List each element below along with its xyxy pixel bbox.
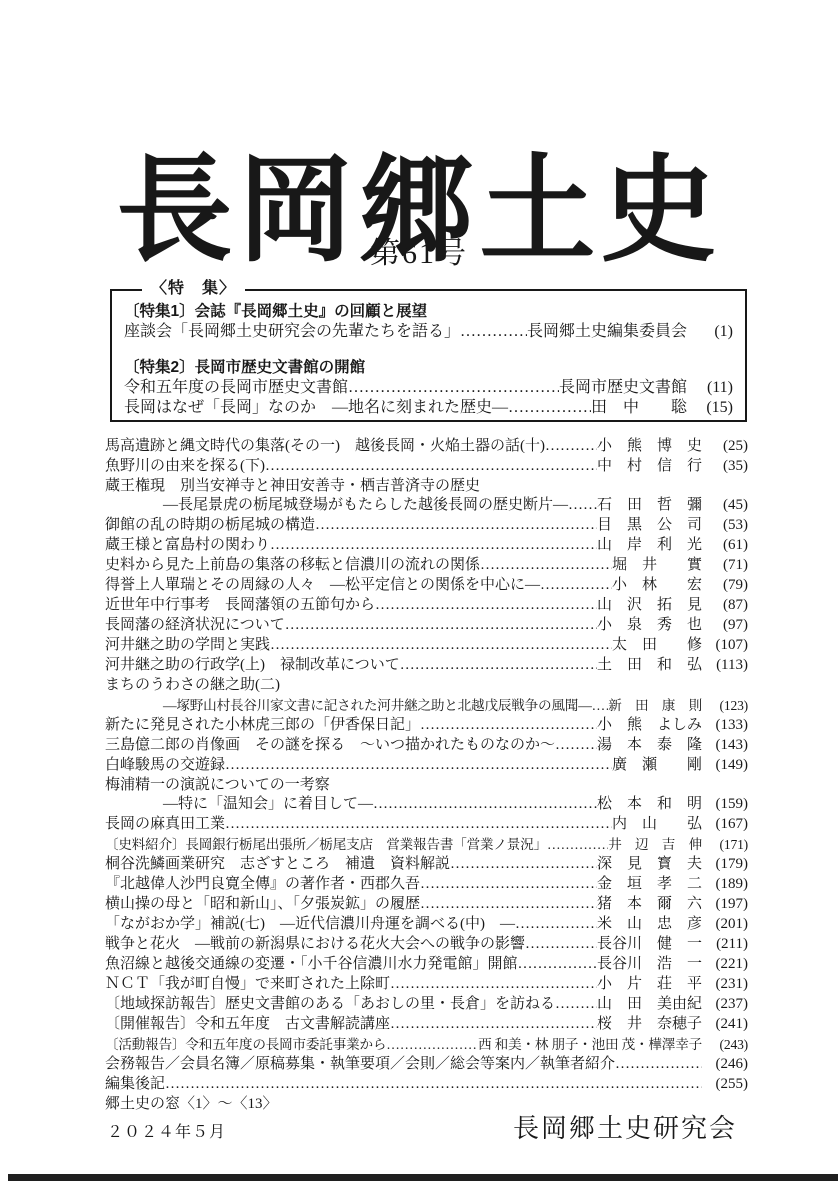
entry-title: ―長尾景虎の栃尾城登場がもたらした越後長岡の歴史断片― [105, 496, 568, 515]
entry-page-number: (237) [702, 995, 748, 1014]
toc-entry-row: 白峰駿馬の交遊録廣 瀬 剛(149) [105, 756, 748, 776]
toc-entry-row: 得誉上人單瑞とその周縁の人々 ―松平定信との関係を中心に―小 林 宏(79) [105, 576, 748, 596]
dot-leader [515, 915, 597, 935]
entry-page-number: (171) [702, 835, 748, 854]
entry-page-number: (61) [702, 536, 748, 555]
toc-entry-row: 『北越偉人沙門良寛全傳』の著作者・西郡久吾金 垣 孝 二(189) [105, 875, 748, 895]
entry-author: 湯 本 泰 隆 [597, 736, 702, 755]
entry-title: 会務報告／会員名簿／原稿募集・執筆要項／会則／総会等案内／執筆者紹介 [105, 1055, 615, 1074]
entry-author: 小 片 荘 平 [597, 975, 702, 994]
toc-entry-row: 馬高遺跡と縄文時代の集落(その一) 越後長岡・火焔土器の話(十)小 熊 博 史(… [105, 437, 748, 457]
entry-author: 石 田 哲 彌 [597, 496, 702, 515]
toc-entry-row: ＮＣＴ「我が町自慢」で来町された上除町小 片 荘 平(231) [105, 975, 748, 995]
entry-page-number: (97) [702, 616, 748, 635]
entry-page-number: (159) [702, 795, 748, 814]
dot-leader [270, 636, 612, 656]
dot-leader [373, 795, 597, 815]
special-feature-section: 〔特集2〕長岡市歴史文書館の開館令和五年度の長岡市歴史文書館長岡市歴史文書館(1… [124, 358, 733, 418]
toc-entry-row: 梅浦精一の演説についての一考察 [105, 776, 748, 795]
dot-leader [390, 1015, 597, 1035]
entry-title: 河井継之助の行政学(上) 禄制改革について [105, 656, 400, 675]
entry-author: 山 田 美由紀 [597, 995, 702, 1014]
entry-title: 「ながおか学」補説(七) ―近代信濃川舟運を調べる(中) ― [105, 915, 515, 934]
entry-author: 猪 本 爾 六 [597, 895, 702, 914]
entry-title: まちのうわさの継之助(二) [105, 676, 280, 695]
entry-title: 梅浦精一の演説についての一考察 [105, 776, 330, 795]
entry-title: ―塚野山村長谷川家文書に記された河井継之助と北越戊辰戦争の風聞― [105, 696, 592, 715]
entry-author: 金 垣 孝 二 [597, 875, 702, 894]
entry-title: 座談会「長岡郷土史研究会の先輩たちを語る」 [124, 322, 460, 342]
dot-leader [555, 995, 597, 1015]
toc-entry-row: 蔵王様と富島村の関わり山 岸 利 光(61) [105, 536, 748, 556]
entry-title: 戦争と花火 ―戦前の新潟県における花火大会への戦争の影響 [105, 935, 525, 954]
dot-leader [615, 1055, 702, 1075]
dot-leader [420, 875, 597, 895]
entry-title: 得誉上人單瑞とその周縁の人々 ―松平定信との関係を中心に― [105, 576, 540, 595]
special-feature-sections: 〔特集1〕会誌『長岡郷土史』の回顧と展望座談会「長岡郷土史研究会の先輩たちを語る… [124, 302, 733, 418]
entry-page-number: (143) [702, 736, 748, 755]
entry-page-number: (113) [702, 656, 748, 675]
special-feature-heading: 〔特集1〕会誌『長岡郷土史』の回顧と展望 [124, 302, 733, 322]
toc-entry-row: 〔史料紹介〕長岡銀行栃尾出張所／栃尾支店 営業報告書「営業ノ景況」井 辺 吉 伸… [105, 835, 748, 855]
entry-title: 長岡藩の経済状況について [105, 616, 285, 635]
entry-page-number: (246) [702, 1055, 748, 1074]
entry-author: 山 沢 拓 見 [597, 596, 702, 615]
special-feature-box: 〈特 集〉 〔特集1〕会誌『長岡郷土史』の回顧と展望座談会「長岡郷土史研究会の先… [110, 289, 747, 422]
entry-page-number: (241) [702, 1015, 748, 1034]
entry-author: 深 見 寳 夫 [597, 855, 702, 874]
entry-page-number: (211) [702, 935, 748, 954]
dot-leader [450, 855, 597, 875]
dot-leader [348, 378, 559, 398]
toc-entry-row: 会務報告／会員名簿／原稿募集・執筆要項／会則／総会等案内／執筆者紹介(246) [105, 1055, 748, 1075]
entry-title: 長岡はなぜ「長岡」なのか ―地名に刻まれた歴史― [124, 398, 508, 418]
entry-title: ＮＣＴ「我が町自慢」で来町された上除町 [105, 975, 390, 994]
bottom-edge-bar [8, 1174, 838, 1181]
toc-entry-row: 桐谷洗鱗画業研究 志ざすところ 補遺 資料解説深 見 寳 夫(179) [105, 855, 748, 875]
entry-page-number: (79) [702, 576, 748, 595]
entry-title: 魚野川の由来を探る(下) [105, 457, 265, 476]
special-feature-legend: 〈特 集〉 [142, 279, 245, 299]
toc-entry-row: 三島億二郎の肖像画 その謎を探る ～いつ描かれたものなのか～湯 本 泰 隆(14… [105, 736, 748, 756]
entry-page-number: (243) [702, 1035, 748, 1054]
entry-title: 蔵王様と富島村の関わり [105, 536, 270, 555]
toc-entry-row: ―長尾景虎の栃尾城登場がもたらした越後長岡の歴史断片―石 田 哲 彌(45) [105, 496, 748, 516]
dot-leader [270, 536, 597, 556]
entry-page-number: (123) [702, 696, 748, 715]
entry-title: 郷土史の窓〈1〉～〈13〉 [105, 1095, 278, 1114]
entry-title: 史料から見た上前島の集落の移転と信濃川の流れの関係 [105, 556, 480, 575]
toc-entry-row: 魚沼線と越後交通線の変遷・「小千谷信濃川水力発電館」開館長谷川 浩 一(221) [105, 955, 748, 975]
dot-leader [420, 716, 597, 736]
entry-title: 蔵王権現 別当安禅寺と神田安善寺・栖吉普済寺の歴史 [105, 477, 480, 496]
toc-entry-row: 御館の乱の時期の栃尾城の構造目 黒 公 司(53) [105, 516, 748, 536]
entry-title: 馬高遺跡と縄文時代の集落(その一) 越後長岡・火焔土器の話(十) [105, 437, 545, 456]
entry-title: 御館の乱の時期の栃尾城の構造 [105, 516, 315, 535]
entry-author: 土 田 和 弘 [597, 656, 702, 675]
entry-author: 桜 井 奈穂子 [597, 1015, 702, 1034]
entry-page-number: (1) [687, 322, 733, 342]
entry-author: 小 熊 博 史 [597, 437, 702, 456]
entry-title: 近世年中行事考 長岡藩領の五節句から [105, 596, 375, 615]
toc-entry-row: 〔地域探訪報告〕歴史文書館のある「あおしの里・長倉」を訪ねる山 田 美由紀(23… [105, 995, 748, 1015]
toc-entry-row: 「ながおか学」補説(七) ―近代信濃川舟運を調べる(中) ―米 山 忠 彦(20… [105, 915, 748, 935]
special-feature-heading: 〔特集2〕長岡市歴史文書館の開館 [124, 358, 733, 378]
entry-page-number: (107) [702, 636, 748, 655]
toc-entry-row: ―特に「温知会」に着目して―松 本 和 明(159) [105, 795, 748, 815]
dot-leader [315, 516, 597, 536]
entry-author: 井 辺 吉 伸 [608, 835, 702, 854]
entry-page-number: (35) [702, 457, 748, 476]
entry-author: 新 田 康 則 [608, 696, 702, 715]
entry-title: 〔活動報告〕令和五年度の長岡市委託事業から [105, 1035, 386, 1054]
toc-entry-row: 史料から見た上前島の集落の移転と信濃川の流れの関係堀 井 實(71) [105, 556, 748, 576]
dot-leader [375, 596, 597, 616]
toc-entry-row: 座談会「長岡郷土史研究会の先輩たちを語る」長岡郷土史編集委員会(1) [124, 322, 733, 342]
entry-author: 長谷川 浩 一 [597, 955, 702, 974]
entry-author: 小 林 宏 [612, 576, 702, 595]
dot-leader [508, 398, 591, 418]
entry-title: 桐谷洗鱗画業研究 志ざすところ 補遺 資料解説 [105, 855, 450, 874]
toc-entry-row: 魚野川の由来を探る(下)中 村 信 行(35) [105, 457, 748, 477]
entry-title: 『北越偉人沙門良寛全傳』の著作者・西郡久吾 [105, 875, 420, 894]
toc-entry-row: 新たに発見された小林虎三郎の「伊香保日記」小 熊 よしみ(133) [105, 716, 748, 736]
toc-entry-row: 河井継之助の行政学(上) 禄制改革について土 田 和 弘(113) [105, 656, 748, 676]
entry-author: 太 田 修 [612, 636, 702, 655]
entry-author: 目 黒 公 司 [597, 516, 702, 535]
issue-number: 第61号 [0, 228, 838, 272]
toc-entry-row: 近世年中行事考 長岡藩領の五節句から山 沢 拓 見(87) [105, 596, 748, 616]
dot-leader [540, 576, 612, 596]
toc-entry-row: ―塚野山村長谷川家文書に記された河井継之助と北越戊辰戦争の風聞―新 田 康 則(… [105, 696, 748, 716]
entry-title: ―特に「温知会」に着目して― [105, 795, 373, 814]
dot-leader [165, 1075, 702, 1095]
dot-leader [386, 1035, 478, 1055]
dot-leader [518, 955, 597, 975]
toc-entry-row: 長岡藩の経済状況について小 泉 秀 也(97) [105, 616, 748, 636]
entry-author: 長谷川 健 一 [597, 935, 702, 954]
special-feature-section: 〔特集1〕会誌『長岡郷土史』の回顧と展望座談会「長岡郷土史研究会の先輩たちを語る… [124, 302, 733, 342]
entry-title: 横山操の母と「昭和新山」、「夕張炭鉱」の履歴 [105, 895, 420, 914]
dot-leader [568, 496, 597, 516]
entry-title: 三島億二郎の肖像画 その謎を探る ～いつ描かれたものなのか～ [105, 736, 555, 755]
entry-title: 〔地域探訪報告〕歴史文書館のある「あおしの里・長倉」を訪ねる [105, 995, 555, 1014]
entry-page-number: (71) [702, 556, 748, 575]
entry-author: 米 山 忠 彦 [597, 915, 702, 934]
toc-entry-row: 令和五年度の長岡市歴史文書館長岡市歴史文書館(11) [124, 378, 733, 398]
entry-author: 中 村 信 行 [597, 457, 702, 476]
dot-leader [460, 322, 527, 342]
entry-author: 廣 瀬 剛 [612, 756, 702, 775]
entry-title: 白峰駿馬の交遊録 [105, 756, 225, 775]
entry-page-number: (133) [702, 716, 748, 735]
entry-author: 田 中 聡 [591, 398, 687, 418]
entry-author: 山 岸 利 光 [597, 536, 702, 555]
entry-page-number: (231) [702, 975, 748, 994]
entry-page-number: (167) [702, 815, 748, 834]
dot-leader [545, 437, 597, 457]
journal-cover-page: 長岡郷土史 第61号 〈特 集〉 〔特集1〕会誌『長岡郷土史』の回顧と展望座談会… [0, 0, 838, 1181]
entry-author: 内 山 弘 [612, 815, 702, 834]
entry-page-number: (53) [702, 516, 748, 535]
entry-title: 長岡の麻真田工業 [105, 815, 225, 834]
entry-title: 〔史料紹介〕長岡銀行栃尾出張所／栃尾支店 営業報告書「営業ノ景況」 [105, 835, 547, 854]
toc-entry-row: 河井継之助の学問と実践太 田 修(107) [105, 636, 748, 656]
entry-page-number: (15) [687, 398, 733, 418]
entry-author: 長岡市歴史文書館 [559, 378, 687, 398]
toc-entry-row: 横山操の母と「昭和新山」、「夕張炭鉱」の履歴猪 本 爾 六(197) [105, 895, 748, 915]
dot-leader [547, 835, 608, 855]
entry-page-number: (255) [702, 1075, 748, 1094]
dot-leader [225, 815, 612, 835]
entry-page-number: (25) [702, 437, 748, 456]
toc-entry-row: 長岡はなぜ「長岡」なのか ―地名に刻まれた歴史―田 中 聡(15) [124, 398, 733, 418]
dot-leader [480, 556, 612, 576]
dot-leader [420, 895, 597, 915]
dot-leader [525, 935, 597, 955]
toc-entry-row: 〔活動報告〕令和五年度の長岡市委託事業から西 和美・林 朋子・池田 茂・樺澤幸子… [105, 1035, 748, 1055]
entry-page-number: (197) [702, 895, 748, 914]
entry-title: 魚沼線と越後交通線の変遷・「小千谷信濃川水力発電館」開館 [105, 955, 518, 974]
entry-author: 小 泉 秀 也 [597, 616, 702, 635]
dot-leader [592, 696, 609, 716]
dot-leader [390, 975, 597, 995]
entry-author: 西 和美・林 朋子・池田 茂・樺澤幸子 [478, 1035, 702, 1054]
entry-page-number: (87) [702, 596, 748, 615]
dot-leader [285, 616, 597, 636]
publication-date: ２０２４年５月 [107, 1119, 226, 1142]
entry-author: 小 熊 よしみ [597, 716, 702, 735]
entry-title: 河井継之助の学問と実践 [105, 636, 270, 655]
dot-leader [555, 736, 597, 756]
toc-entry-row: 編集後記(255) [105, 1075, 748, 1095]
entry-page-number: (45) [702, 496, 748, 515]
toc-entry-row: 戦争と花火 ―戦前の新潟県における花火大会への戦争の影響長谷川 健 一(211) [105, 935, 748, 955]
entry-page-number: (11) [687, 378, 733, 398]
entry-author: 長岡郷土史編集委員会 [527, 322, 687, 342]
entry-page-number: (179) [702, 855, 748, 874]
dot-leader [225, 756, 612, 776]
toc-entry-row: 〔開催報告〕令和五年度 古文書解読講座桜 井 奈穂子(241) [105, 1015, 748, 1035]
entry-page-number: (149) [702, 756, 748, 775]
entry-page-number: (201) [702, 915, 748, 934]
entry-author: 松 本 和 明 [597, 795, 702, 814]
entry-page-number: (221) [702, 955, 748, 974]
dot-leader [400, 656, 597, 676]
toc-entry-row: まちのうわさの継之助(二) [105, 676, 748, 695]
entry-title: 新たに発見された小林虎三郎の「伊香保日記」 [105, 716, 420, 735]
table-of-contents: 馬高遺跡と縄文時代の集落(その一) 越後長岡・火焔土器の話(十)小 熊 博 史(… [105, 437, 748, 1115]
entry-title: 〔開催報告〕令和五年度 古文書解読講座 [105, 1015, 390, 1034]
publisher-name: 長岡郷土史研究会 [513, 1108, 737, 1145]
entry-author: 堀 井 實 [612, 556, 702, 575]
toc-entry-row: 長岡の麻真田工業内 山 弘(167) [105, 815, 748, 835]
toc-entry-row: 蔵王権現 別当安禅寺と神田安善寺・栖吉普済寺の歴史 [105, 477, 748, 496]
entry-title: 令和五年度の長岡市歴史文書館 [124, 378, 348, 398]
entry-page-number: (189) [702, 875, 748, 894]
dot-leader [265, 457, 597, 477]
entry-title: 編集後記 [105, 1075, 165, 1094]
